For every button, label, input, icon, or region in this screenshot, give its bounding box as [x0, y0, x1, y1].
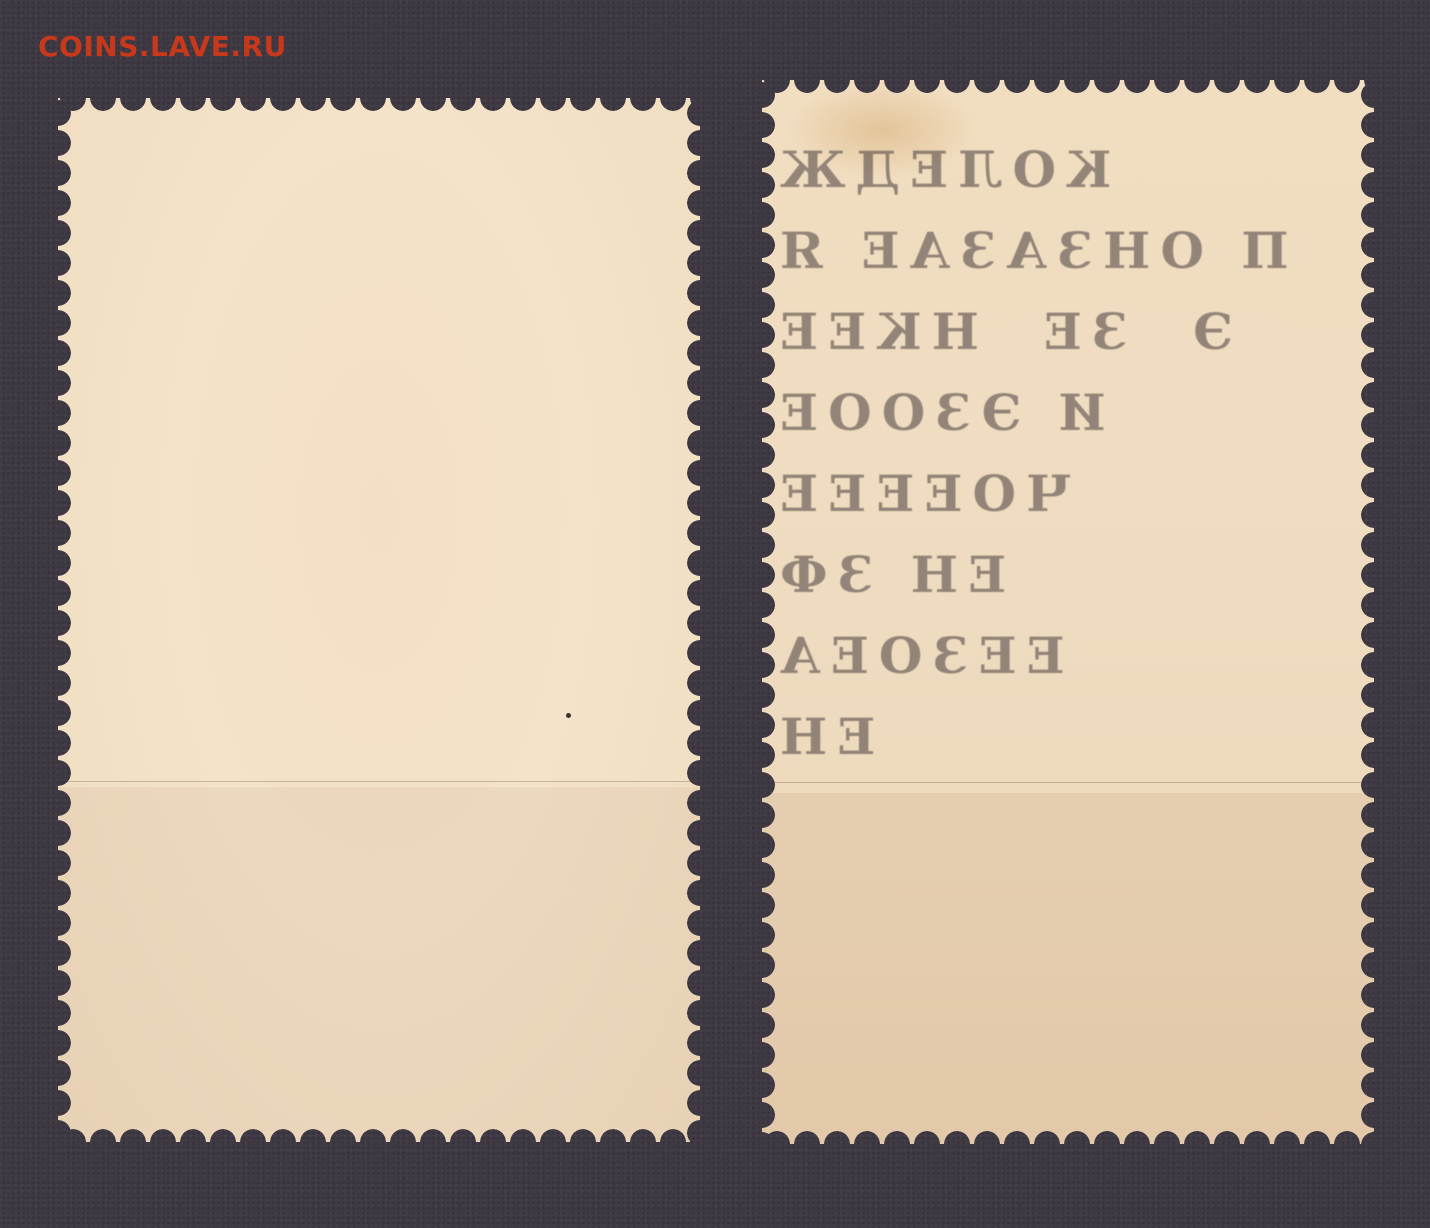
scan-seam: [58, 781, 700, 782]
offset-text-line: ЕН ЗФ: [770, 545, 1364, 604]
offset-text-line: ЕЕЗОЕА: [770, 626, 1364, 685]
offset-text-line: И ЭЗООЕ: [770, 383, 1364, 442]
scan-seam: [762, 782, 1374, 783]
offset-text-line: КОЛЕДЖ: [770, 140, 1364, 199]
offset-text-line: ЕН: [770, 707, 1364, 766]
offset-text-line: ЧОЕЕЕЕ: [770, 464, 1364, 523]
stamp-right-perforated-edge: КОЛЕДЖП ОНЗАЗАЕ ЯЭ ЗЕ НКЕЕ И ЭЗООЕ ЧОЕЕЕ…: [762, 80, 1374, 1144]
paper-speck: [566, 713, 571, 718]
offset-text-line: П ОНЗАЗАЕ Я: [770, 221, 1364, 280]
stamp-left-perforated-edge: [58, 98, 700, 1142]
offset-printing: КОЛЕДЖП ОНЗАЗАЕ ЯЭ ЗЕ НКЕЕ И ЭЗООЕ ЧОЕЕЕ…: [770, 140, 1364, 766]
offset-text-line: Э ЗЕ НКЕЕ: [770, 302, 1364, 361]
stamp-right: КОЛЕДЖП ОНЗАЗАЕ ЯЭ ЗЕ НКЕЕ И ЭЗООЕ ЧОЕЕЕ…: [762, 80, 1374, 1144]
watermark-text: COINS.LAVE.RU: [38, 30, 287, 63]
stamp-right-paper: КОЛЕДЖП ОНЗАЗАЕ ЯЭ ЗЕ НКЕЕ И ЭЗООЕ ЧОЕЕЕ…: [762, 80, 1374, 1144]
stamp-left: [58, 98, 700, 1142]
stamp-left-paper: [58, 98, 700, 1142]
